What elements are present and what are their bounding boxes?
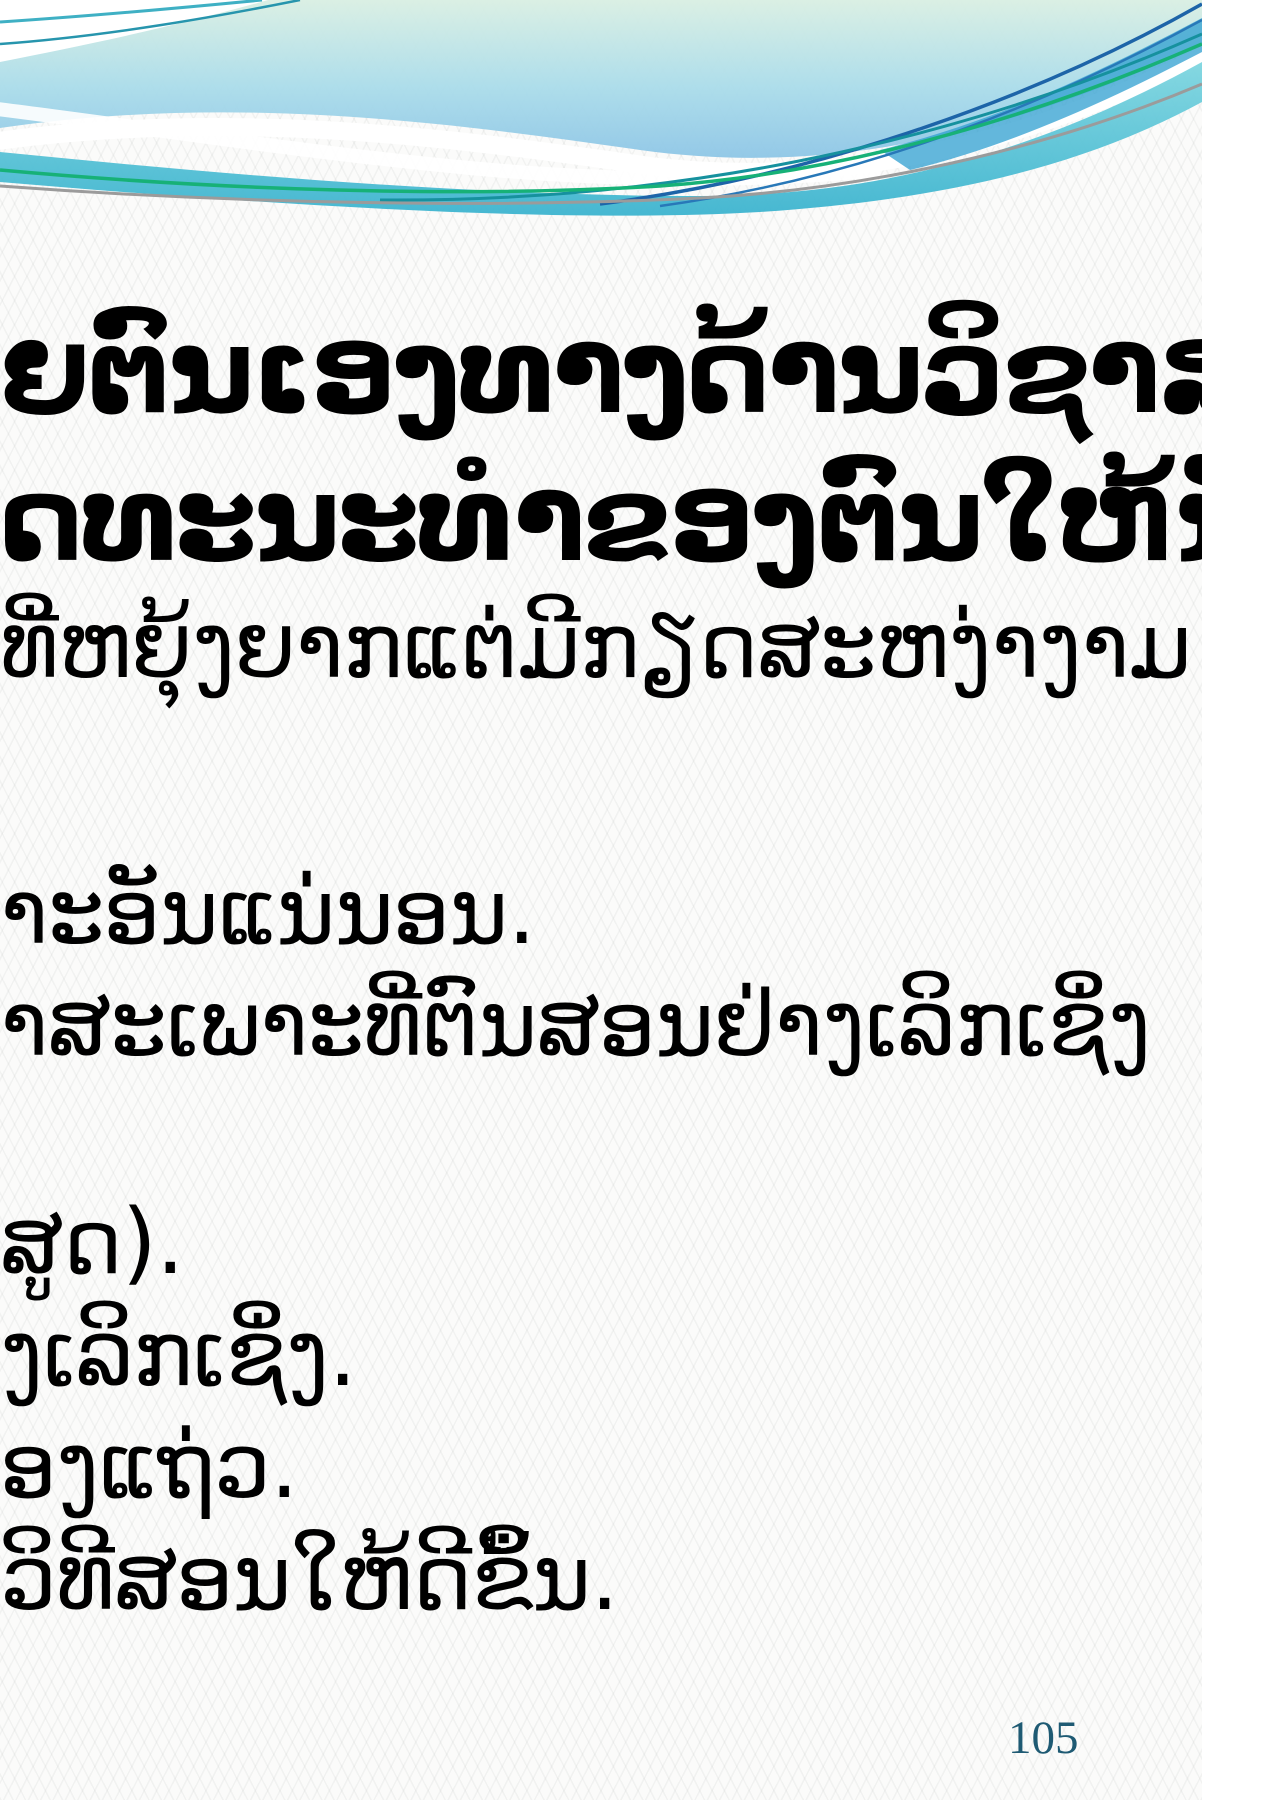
body-line-7: ວິທີສອນໃຫ້ດີຂຶ້ນ. xyxy=(0,1520,618,1638)
wave-header-decoration xyxy=(0,0,1202,232)
body-line-2: າະອັນແນ່ນອນ. xyxy=(0,854,535,972)
body-line-6: ອງແຖ່ວ. xyxy=(0,1408,298,1526)
slide-canvas: ຍຕົນເອງທາງດ້ານວິຊາສະເພາະ, ຍົກ ດທະນະທຳຂອງ… xyxy=(0,0,1202,1800)
body-line-5: ງເລິກເຊິ່ງ. xyxy=(0,1296,356,1414)
body-line-3: າສະເພາະທີ່ຕົນສອນຢ່າງເລິກເຊິ່ງ xyxy=(0,966,1150,1084)
slide-title-line-2: ດທະນະທຳຂອງຕົນໃຫ້ນັບມື້ນັບສູງ xyxy=(0,440,1202,598)
screenshot-stage: ຍຕົນເອງທາງດ້ານວິຊາສະເພາະ, ຍົກ ດທະນະທຳຂອງ… xyxy=(0,0,1273,1800)
slide-title-line-1: ຍຕົນເອງທາງດ້ານວິຊາສະເພາະ, ຍົກ xyxy=(0,292,1202,450)
body-line-1: ທີ່ຫຍຸ້ງຍາກແຕ່ມີກຽດສະຫງ່າງາມ xyxy=(0,588,1191,706)
canvas-right-margin xyxy=(1202,0,1273,1800)
body-line-4: ສູດ). xyxy=(0,1184,184,1302)
page-number: 105 xyxy=(1008,1712,1079,1764)
